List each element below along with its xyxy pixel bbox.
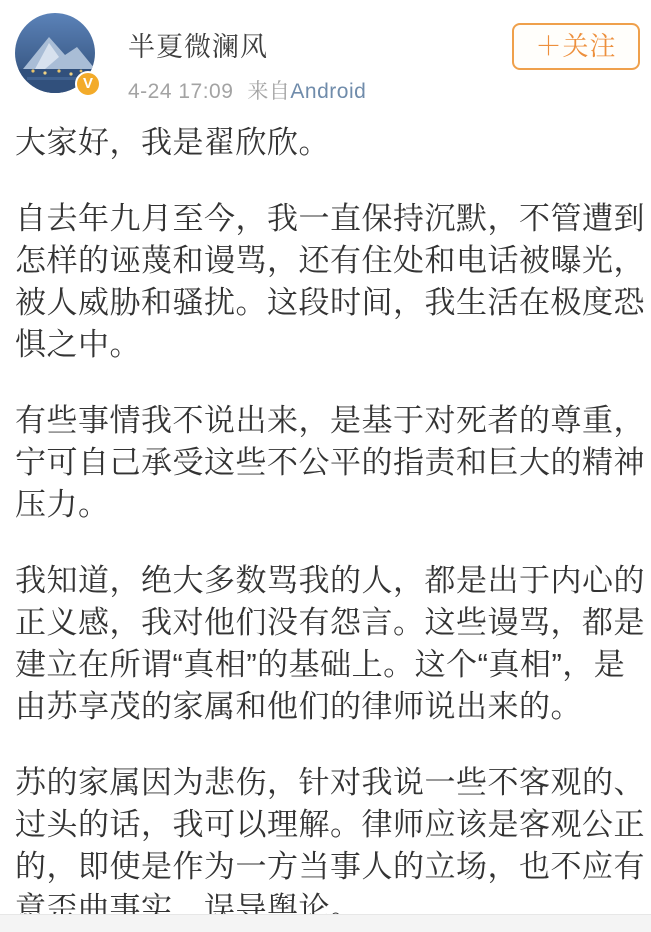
bottom-divider — [0, 914, 651, 932]
post-text-line: 有些事情我不说出来，是基于对死者的尊重， — [15, 400, 636, 442]
post-text-line: 惧之中。 — [15, 324, 636, 366]
post-text-line: 的，即使是作为一方当事人的立场，也不应有 — [15, 846, 636, 888]
post-text-line: 压力。 — [15, 484, 636, 526]
weibo-post-card: V 半夏微澜风 4-24 17:09来自Android ＋关注 大家好，我是翟欣… — [0, 0, 651, 932]
post-paragraph: 有些事情我不说出来，是基于对死者的尊重， 宁可自己承受这些不公平的指责和巨大的精… — [15, 400, 636, 526]
post-paragraph: 自去年九月至今，我一直保持沉默，不管遭到 怎样的诬蔑和谩骂，还有住处和电话被曝光… — [15, 198, 636, 366]
post-paragraph: 苏的家属因为悲伤，针对我说一些不客观的、 过头的话，我可以理解。律师应该是客观公… — [15, 762, 636, 930]
source-prefix: 来自 — [247, 80, 290, 103]
avatar[interactable]: V — [15, 13, 95, 93]
post-text-line: 大家好，我是翟欣欣。 — [15, 122, 636, 164]
post-text-line: 苏的家属因为悲伤，针对我说一些不客观的、 — [15, 762, 636, 804]
username[interactable]: 半夏微澜风 — [128, 25, 366, 64]
follow-button[interactable]: ＋关注 — [512, 23, 640, 70]
post-text-line: 由苏享茂的家属和他们的律师说出来的。 — [15, 686, 636, 728]
post-body: 大家好，我是翟欣欣。 自去年九月至今，我一直保持沉默，不管遭到 怎样的诬蔑和谩骂… — [0, 105, 651, 930]
post-header: V 半夏微澜风 4-24 17:09来自Android ＋关注 — [0, 0, 651, 105]
post-text-line: 怎样的诬蔑和谩骂，还有住处和电话被曝光， — [15, 240, 636, 282]
post-time: 4-24 17:09 — [128, 80, 233, 103]
post-text-line: 宁可自己承受这些不公平的指责和巨大的精神 — [15, 442, 636, 484]
post-text-line: 正义感，我对他们没有怨言。这些谩骂，都是 — [15, 602, 636, 644]
post-text-line: 被人威胁和骚扰。这段时间，我生活在极度恐 — [15, 282, 636, 324]
post-text-line: 建立在所谓“真相”的基础上。这个“真相”，是 — [15, 644, 636, 686]
post-meta: 半夏微澜风 4-24 17:09来自Android — [128, 13, 366, 105]
verified-badge-icon: V — [75, 71, 101, 97]
post-text-line: 过头的话，我可以理解。律师应该是客观公正 — [15, 804, 636, 846]
timestamp-row: 4-24 17:09来自Android — [128, 75, 366, 105]
post-paragraph: 大家好，我是翟欣欣。 — [15, 122, 636, 164]
post-paragraph: 我知道，绝大多数骂我的人，都是出于内心的 正义感，我对他们没有怨言。这些谩骂，都… — [15, 560, 636, 728]
post-text-line: 我知道，绝大多数骂我的人，都是出于内心的 — [15, 560, 636, 602]
post-text-line: 自去年九月至今，我一直保持沉默，不管遭到 — [15, 198, 636, 240]
source-link[interactable]: Android — [290, 80, 366, 103]
